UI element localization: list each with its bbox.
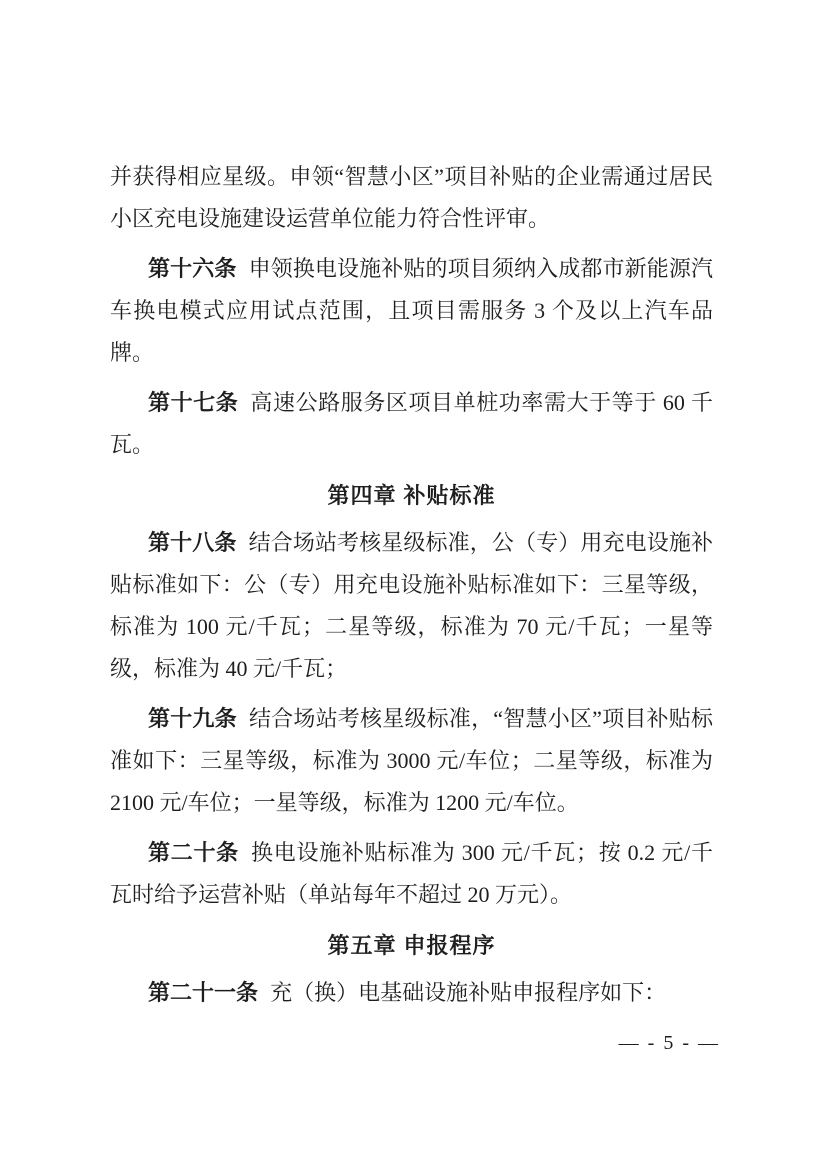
article-number-label: 第十九条 — [148, 706, 237, 731]
page-number: — - 5 - — — [619, 1032, 720, 1054]
article-paragraph: 第十六条申领换电设施补贴的项目须纳入成都市新能源汽车换电模式应用试点范围，且项目… — [110, 248, 713, 374]
article-paragraph: 第十八条结合场站考核星级标准，公（专）用充电设施补贴标准如下：公（专）用充电设施… — [110, 522, 713, 690]
body-paragraph: 并获得相应星级。申领“智慧小区”项目补贴的企业需通过居民小区充电设施建设运营单位… — [110, 156, 713, 240]
article-number-label: 第二十一条 — [148, 980, 258, 1005]
article-number-label: 第十八条 — [148, 530, 236, 555]
article-number-label: 第十六条 — [148, 256, 236, 281]
article-paragraph: 第十九条结合场站考核星级标准，“智慧小区”项目补贴标准如下：三星等级，标准为 3… — [110, 698, 713, 824]
article-paragraph: 第二十一条充（换）电基础设施补贴申报程序如下： — [110, 972, 713, 1014]
article-paragraph: 第十七条高速公路服务区项目单桩功率需大于等于 60 千瓦。 — [110, 382, 713, 466]
article-paragraph: 第二十条换电设施补贴标准为 300 元/千瓦；按 0.2 元/千瓦时给予运营补贴… — [110, 832, 713, 916]
paragraph-text: 并获得相应星级。申领“智慧小区”项目补贴的企业需通过居民小区充电设施建设运营单位… — [110, 164, 713, 231]
article-number-label: 第十七条 — [148, 390, 238, 415]
chapter-heading: 第四章 补贴标准 — [110, 474, 713, 518]
page-footer: — - 5 - — — [619, 1031, 720, 1055]
article-number-label: 第二十条 — [148, 840, 239, 865]
document-page: 并获得相应星级。申领“智慧小区”项目补贴的企业需通过居民小区充电设施建设运营单位… — [0, 0, 826, 1169]
document-content: 并获得相应星级。申领“智慧小区”项目补贴的企业需通过居民小区充电设施建设运营单位… — [110, 156, 713, 1022]
chapter-heading: 第五章 申报程序 — [110, 924, 713, 968]
paragraph-text: 充（换）电基础设施补贴申报程序如下： — [270, 980, 666, 1005]
